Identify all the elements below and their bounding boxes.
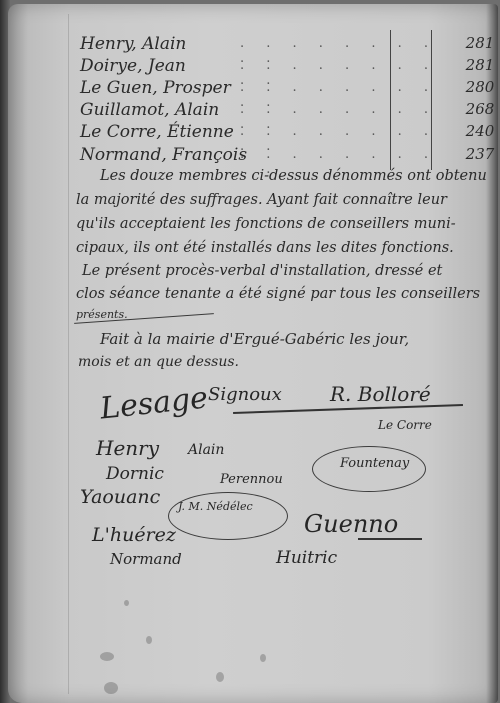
paper-stain [124, 600, 129, 606]
signature-dornic: Dornic [106, 464, 164, 484]
paper-stain [260, 654, 266, 662]
body-line: Les douze membres ci-dessus dénommés ont… [100, 168, 487, 184]
elected-name: Doirye, Jean [80, 56, 186, 76]
vote-count: 240 [462, 122, 498, 140]
elected-row: Henry, Alain . . . . . . . . . . 281 suf… [80, 34, 498, 52]
elected-row: Guillamot, Alain . . . . . . . . . . 268… [80, 100, 498, 118]
paper-stain [100, 652, 114, 661]
elected-name: Le Guen, Prosper [80, 78, 231, 98]
body-line: clos séance tenante a été signé par tous… [76, 286, 480, 302]
signature-nedelec: J. M. Nédélec [178, 500, 253, 513]
elected-name: Guillamot, Alain [80, 100, 219, 120]
closing-line: mois et an que dessus. [78, 354, 239, 370]
elected-name: Normand, François [80, 145, 247, 165]
paper-stain [146, 636, 152, 644]
signature-lesage: Lesage [98, 380, 209, 426]
paper-stain [104, 682, 118, 694]
elected-row: Doirye, Jean . . . . . . . . . . 281 id. [80, 56, 498, 74]
vote-count: 268 [462, 100, 498, 118]
vote-count: 281 [462, 34, 498, 52]
body-line: qu'ils acceptaient les fonctions de cons… [76, 216, 456, 232]
vote-count: 280 [462, 78, 498, 96]
signature-bollore: R. Bolloré [330, 382, 431, 406]
paper-stain [216, 672, 224, 682]
signature-le-corre: Le Corre [378, 418, 432, 432]
signature-perennou: Perennou [220, 472, 283, 487]
signature-normand: Normand [110, 550, 182, 568]
signature-yaouanc: Yaouanc [80, 486, 160, 508]
vote-count: 281 [462, 56, 498, 74]
signature-underline [358, 538, 422, 540]
margin-rule [68, 14, 69, 694]
signature-alain: Alain [188, 442, 224, 458]
signature-signoux: Signoux [208, 384, 282, 405]
body-line: Le présent procès-verbal d'installation,… [82, 263, 442, 279]
elected-name: Henry, Alain [80, 34, 186, 54]
vote-count: 237 [462, 145, 498, 163]
elected-row: Normand, François . . . . . . . . . . 23… [80, 145, 498, 163]
body-line: la majorité des suffrages. Ayant fait co… [76, 192, 447, 208]
elected-row: Le Guen, Prosper . . . . . . . . . . 280… [80, 78, 498, 96]
signature-fountenay: Fountenay [340, 456, 409, 471]
register-page: Henry, Alain . . . . . . . . . . 281 suf… [8, 4, 498, 703]
signature-henry: Henry [96, 436, 159, 460]
signature-huitric: Huitric [276, 548, 337, 568]
signature-lhuerez: L'huérez [92, 524, 176, 546]
body-line: cipaux, ils ont été installés dans les d… [76, 240, 454, 256]
elected-row: Le Corre, Étienne . . . . . . . . . . 24… [80, 122, 498, 140]
closing-line: Fait à la mairie d'Ergué-Gabéric les jou… [100, 330, 409, 348]
elected-name: Le Corre, Étienne [80, 122, 234, 142]
signature-guenno: Guenno [304, 510, 398, 538]
